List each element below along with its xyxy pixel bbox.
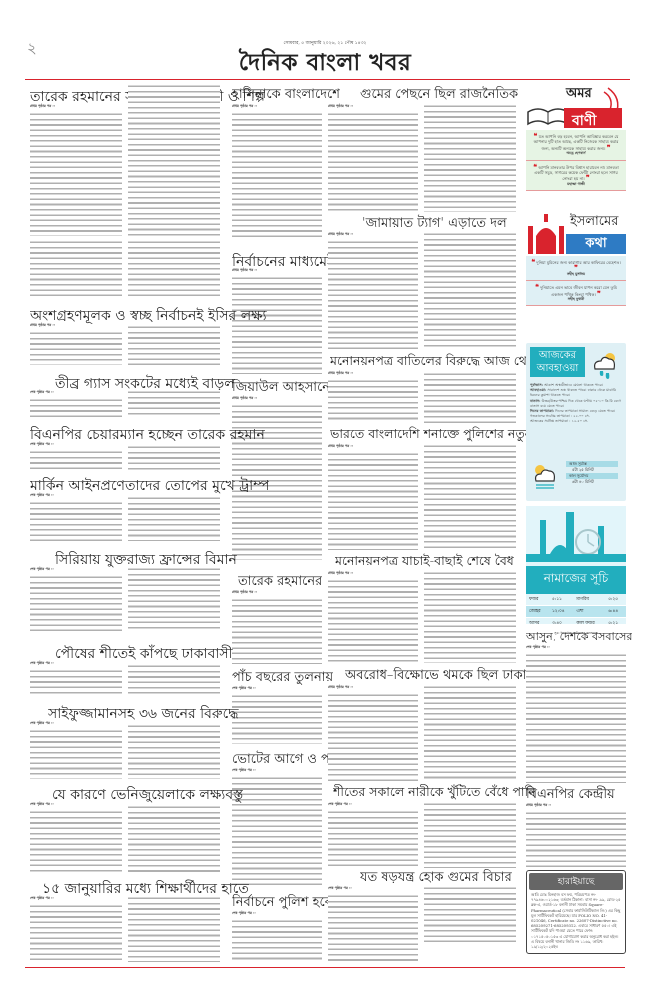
quote-close-icon: ❞ xyxy=(586,173,590,182)
kicker: প্রথম পৃষ্ঠার পর ›› xyxy=(232,590,257,596)
quote-card: ❝ দুনিয়া মুমিনের জন্য কারাগার আর কাফিরে… xyxy=(526,256,626,281)
article-body xyxy=(328,894,418,962)
prayer-row: ফজর ৫:১১ মাগরিব ৫:২৫ xyxy=(526,594,626,606)
headline-saifuzzaman[interactable]: সাইফুজ্জামানসহ ৩৬ জনের বিরুদ্ধে xyxy=(48,702,239,726)
article-body xyxy=(328,452,418,550)
prayer-time: ৫:১১ xyxy=(549,594,573,606)
article-body xyxy=(232,694,322,744)
amar-bani-logo: অমর বাণী xyxy=(526,84,626,130)
prayer-schedule: নামাজের সূচি ফজর ৫:১১ মাগরিব ৫:২৫ জোহর ১… xyxy=(526,506,626,624)
prayer-name: জোহর xyxy=(526,606,549,618)
headline-poush-cold[interactable]: পৌষের শীতেই কাঁপছে ঢাকাবাসী xyxy=(55,642,233,666)
kicker: শেষ পৃষ্ঠার পর ›› xyxy=(232,686,256,692)
prayer-time: ১২:০৪ xyxy=(549,606,573,618)
quote-card: ❝ যত আপনি বড় হবেন, আপনি আবিষ্কার করবেন … xyxy=(526,130,626,161)
article-body xyxy=(30,398,122,418)
kicker: প্রথম পৃষ্ঠার পর ›› xyxy=(328,232,353,238)
article-body xyxy=(30,810,122,874)
article-body xyxy=(328,240,418,350)
quote-text: দুনিয়া মুমিনের জন্য কারাগার আর কাফিরের … xyxy=(536,260,620,265)
weather-label: পূর্বাভাস: xyxy=(530,383,543,387)
article-body xyxy=(30,112,122,236)
article-body xyxy=(128,496,220,541)
article-body xyxy=(424,104,516,212)
headline-winter-woman[interactable]: শীতের সকালে নারীকে খুঁটিতে বেঁধে পানি xyxy=(333,784,536,804)
headline-nomination-cancel[interactable]: মনোনয়নপত্র বাতিলের বিরুদ্ধে আজ থেকে xyxy=(330,353,541,373)
article-body xyxy=(328,693,418,781)
kicker: প্রথম পৃষ্ঠার পর ›› xyxy=(328,371,353,377)
kicker: শেষ পৃষ্ঠার পর ›› xyxy=(232,768,256,774)
prayer-row: জোহর ১২:০৪ এশা ৬:৪৪ xyxy=(526,606,626,618)
mosque-clock-icon xyxy=(526,506,626,562)
weather-forecast: পূর্বাভাস: আকাশ অস্থায়ীভাবে মেঘলা থাকতে… xyxy=(530,383,622,425)
amar-bani-quotes: ❝ যত আপনি বড় হবেন, আপনি আবিষ্কার করবেন … xyxy=(526,130,626,191)
kicker: শেষ পৃষ্ঠার পর ›› xyxy=(30,896,54,902)
prayer-name: এশা xyxy=(573,606,605,618)
article-body xyxy=(128,445,220,470)
article-body xyxy=(232,776,322,886)
article-body xyxy=(424,802,516,868)
bottom-rule xyxy=(25,967,625,968)
quote-close-icon: ❞ xyxy=(607,143,611,152)
quote-close-icon: ❞ xyxy=(597,289,601,298)
prayer-name: মাগরিব xyxy=(573,594,605,606)
article-body xyxy=(328,810,418,868)
min-temp: আজকের সর্বনিম্ন তাপমাত্রা : ১২.৫০ সে. xyxy=(530,419,622,424)
article-body xyxy=(128,896,220,962)
article-body xyxy=(424,571,516,663)
article-body xyxy=(328,579,418,663)
prayer-table: ফজর ৫:১১ মাগরিব ৫:২৫ জোহর ১২:০৪ এশা ৬:৪৪… xyxy=(526,594,626,630)
kicker: শেষ পৃষ্ঠার পর ›› xyxy=(30,567,54,573)
prayer-name: ফজর xyxy=(526,594,549,606)
headline-india-police[interactable]: ভারতে বাংলাদেশি শনাক্তে পুলিশের নতুন xyxy=(330,426,532,446)
kicker: প্রথম পৃষ্ঠার পর ›› xyxy=(328,571,353,577)
lost-notice-title: হারাইয়াছে xyxy=(529,873,623,890)
article-body xyxy=(30,331,122,365)
article-body xyxy=(424,444,516,550)
weather-label: আবহাওয়া: xyxy=(530,388,546,392)
kicker: প্রথম পৃষ্ঠার পর ›› xyxy=(30,104,55,110)
kicker: শেষ পৃষ্ঠার পর ›› xyxy=(30,390,54,396)
headline-trump-lawmakers[interactable]: মার্কিন আইনপ্রণেতাদের তোপের মুখে ট্রাম্প xyxy=(30,474,269,498)
weather-label: দিনের তাপমাত্রা: xyxy=(530,409,554,413)
quote-open-icon: ❝ xyxy=(535,282,539,291)
headline-gum-political[interactable]: গুমের পেছনে ছিল রাজনৈতিক xyxy=(360,85,518,106)
quote-card: ❝ আপনি মানবতার উপর বিশ্বাস হারাবেন না। ম… xyxy=(526,161,626,192)
sun-times: আজ সূর্যাস্ত ৫টা ২৫ মিনিট কাল সূর্যোদয় … xyxy=(566,461,618,485)
prayer-title: নামাজের সূচি xyxy=(526,566,626,594)
article-body xyxy=(30,904,122,962)
kicker: শেষ পৃষ্ঠার পর ›› xyxy=(30,661,54,667)
rain-cloud-icon xyxy=(590,349,620,381)
weather-text: দিনের তাপমাত্রা সামান্য বেড়ে যেতে পারে। xyxy=(555,409,615,413)
quote-open-icon: ❝ xyxy=(531,257,535,266)
islamer-kotha-title-bottom: কথা xyxy=(566,234,626,254)
masthead: দৈনিক বাংলা খবর xyxy=(0,44,650,83)
quote-author: সহীহ মুসলিম xyxy=(530,272,622,277)
article-body xyxy=(30,669,122,697)
islamer-kotha-title-top: ইসলামের xyxy=(570,212,618,233)
article-body xyxy=(128,664,220,697)
weather-text: উত্তর/উত্তর-পশ্চিম দিক থেকে ঘণ্টায় ০৫-১… xyxy=(530,399,621,408)
article-body xyxy=(232,112,322,237)
quote-card: ❝ দুনিয়াতে এমন ভাবে জীবন যাপন করো যেন ত… xyxy=(526,281,626,306)
kicker: শেষ পৃষ্ঠার পর ›› xyxy=(30,721,54,727)
kicker: শেষ পৃষ্ঠার পর ›› xyxy=(328,886,352,892)
kicker: প্রথম পৃষ্ঠার পর ›› xyxy=(232,104,257,110)
article-body xyxy=(128,390,220,418)
kicker: প্রথম পৃষ্ঠার পর ›› xyxy=(526,803,551,809)
article-body xyxy=(424,232,516,350)
kicker: শেষ পৃষ্ঠার পর ›› xyxy=(30,442,54,448)
article-body xyxy=(30,450,122,470)
kicker: প্রথম পৃষ্ঠার পর ›› xyxy=(328,104,353,110)
sunrise-time: ৬টা ৪০ মিনিট xyxy=(566,479,618,485)
weather-box: আজকের আবহাওয়া পূর্বাভাস: আকাশ অস্থায়ীভ… xyxy=(526,343,626,501)
article-body xyxy=(526,653,626,783)
quote-author: অড্রে হেপবার্ন xyxy=(530,151,622,156)
article-body xyxy=(424,372,516,423)
article-body xyxy=(128,240,220,300)
lost-notice-body: আমি মোঃ মিনহাজ বস ফয়, পরিচয়পত্র নং- ৭৭… xyxy=(529,890,623,951)
headline-hasina-bangladesh[interactable]: হাসিনাকে বাংলাদেশে xyxy=(232,85,340,106)
sun-cloud-icon xyxy=(532,461,560,491)
islamer-kotha-logo: ইসলামের কথা xyxy=(526,212,626,254)
kicker: প্রথম পৃষ্ঠার পর ›› xyxy=(30,323,55,329)
kicker: শেষ পৃষ্ঠার পর ›› xyxy=(328,802,352,808)
weather-label: বাতাস: xyxy=(530,399,540,403)
quote-author: সহীহ বুখারী xyxy=(530,297,622,302)
top-rule xyxy=(25,79,630,80)
article-body xyxy=(128,805,220,874)
kicker: প্রথম পৃষ্ঠার পর ›› xyxy=(232,396,257,402)
article-body xyxy=(424,886,516,946)
article-body xyxy=(128,84,220,236)
kicker: শেষ পৃষ্ঠার পর ›› xyxy=(30,802,54,808)
weather-title: আজকের আবহাওয়া xyxy=(530,347,585,377)
amar-bani-title-top: অমর xyxy=(566,84,592,105)
article-body xyxy=(30,240,122,300)
kicker: প্রথম পৃষ্ঠার পর ›› xyxy=(328,685,353,691)
headline-nomination-valid[interactable]: মনোনয়নপত্র যাচাই-বাছাই শেষে বৈধ xyxy=(335,553,514,573)
article-body xyxy=(30,729,122,779)
lost-notice: হারাইয়াছে আমি মোঃ মিনহাজ বস ফয়, পরিচয়… xyxy=(526,870,626,954)
prayer-time: ৫:২৫ xyxy=(605,594,626,606)
kicker: শেষ পৃষ্ঠার পর ›› xyxy=(526,645,550,651)
article-body xyxy=(128,724,220,779)
article-body xyxy=(328,379,418,423)
article-body xyxy=(128,325,220,365)
quote-text: দুনিয়াতে এমন ভাবে জীবন যাপন করো যেন তুম… xyxy=(540,285,617,296)
mosque-icon xyxy=(526,212,566,254)
prayer-time: ৬:৪৪ xyxy=(605,606,626,618)
article-body xyxy=(30,575,122,631)
article-body xyxy=(424,685,516,781)
article-body xyxy=(232,919,322,962)
headline-venezuela[interactable]: যে কারণে ভেনিজুয়েলাকে লক্ষ্যবস্তু xyxy=(52,783,243,807)
islamer-kotha-quotes: ❝ দুনিয়া মুমিনের জন্য কারাগার আর কাফিরে… xyxy=(526,256,626,306)
article-body xyxy=(128,567,220,631)
article-body xyxy=(328,112,418,212)
article-body xyxy=(30,501,122,541)
article-body xyxy=(232,598,322,664)
kicker: শেষ পৃষ্ঠার পর ›› xyxy=(232,911,256,917)
article-body xyxy=(526,811,626,867)
headline-blockade[interactable]: অবরোধ–বিক্ষোভে থমকে ছিল ঢাকা xyxy=(345,666,526,687)
headline-bnp-chairman[interactable]: বিএনপির চেয়ারম্যান হচ্ছেন তারেক রহমান xyxy=(30,423,265,447)
quote-text: আপনি মানবতার উপর বিশ্বাস হারাবেন না। মান… xyxy=(534,165,618,182)
kicker: শেষ পৃষ্ঠার পর ›› xyxy=(30,493,54,499)
quote-author: মহাত্মা গান্ধী xyxy=(530,182,622,187)
weather-text: আকাশ অস্থায়ীভাবে মেঘলা থাকতে পারে। xyxy=(544,383,603,387)
kicker: প্রথম পৃষ্ঠার পর ›› xyxy=(232,268,257,274)
kicker: প্রথম পৃষ্ঠার পর ›› xyxy=(328,444,353,450)
